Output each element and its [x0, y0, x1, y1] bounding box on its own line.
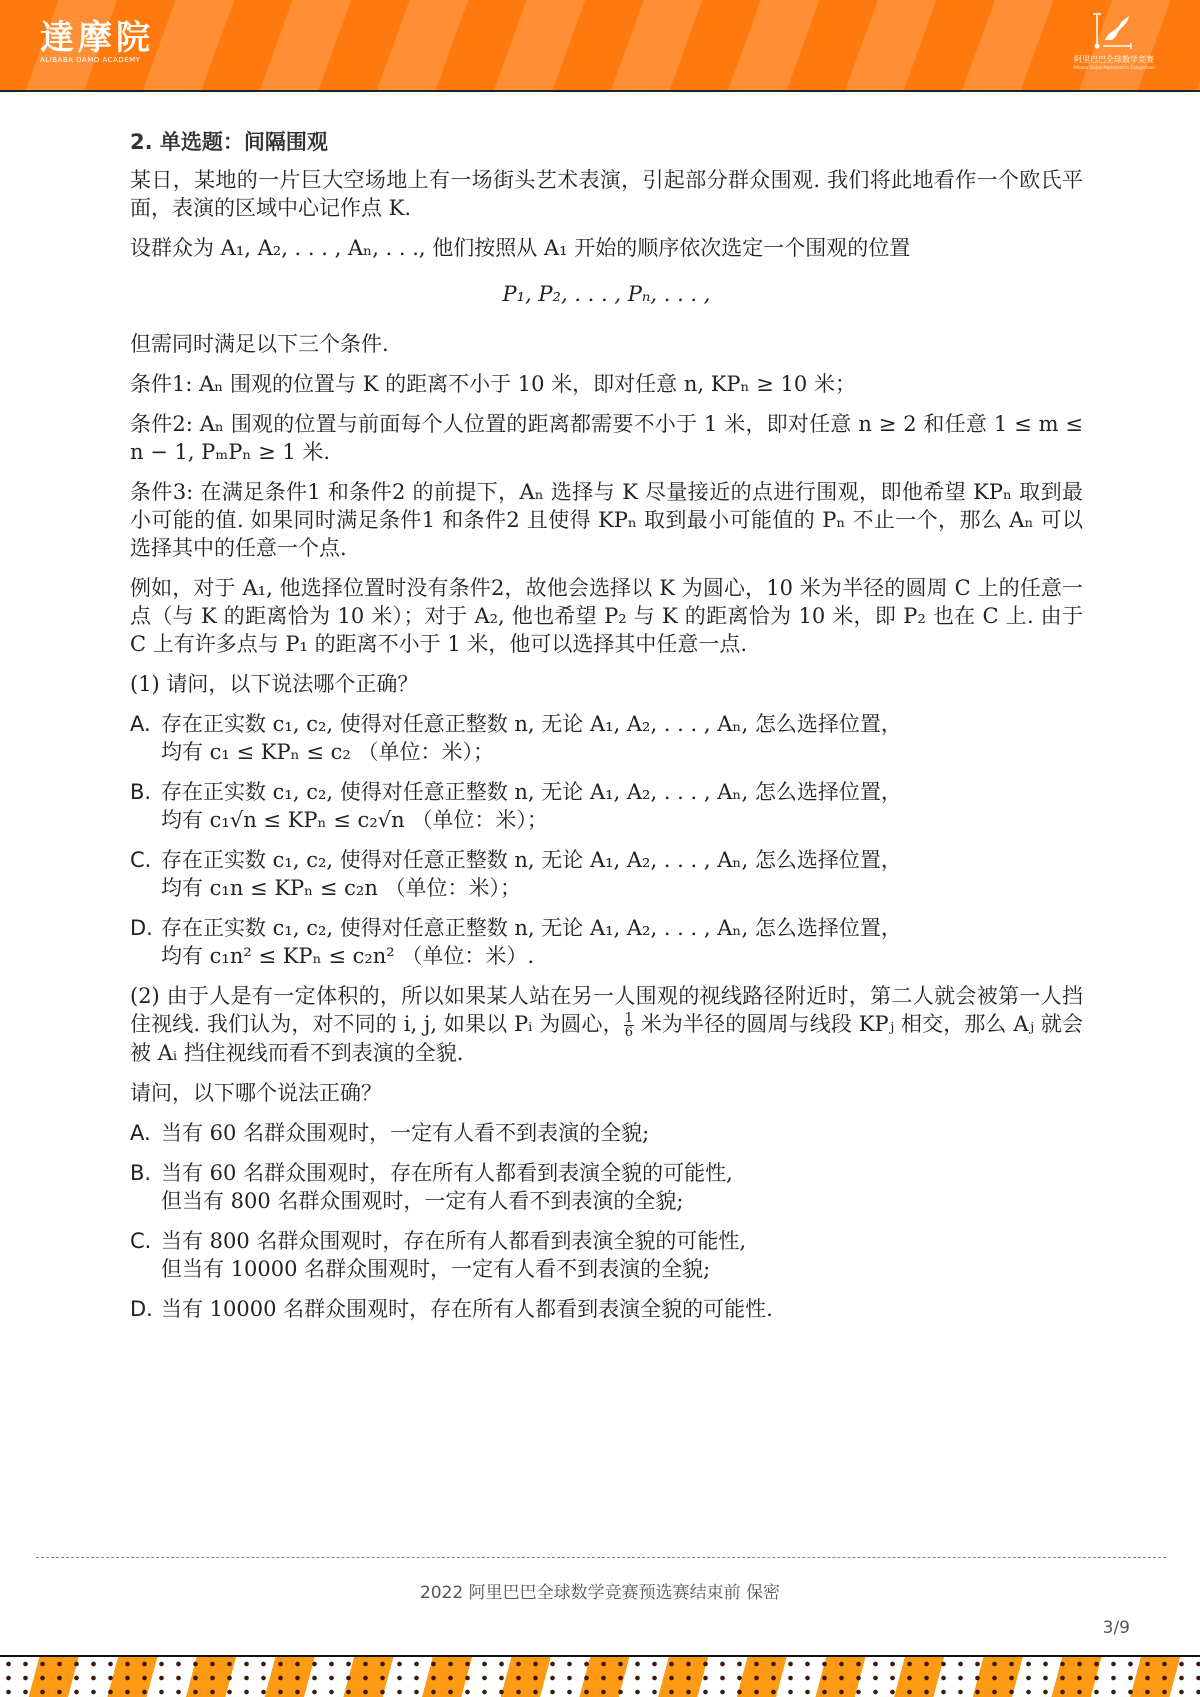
option-label: D.	[130, 1295, 161, 1323]
option-text-line2: 均有 c₁√n ≤ KPₙ ≤ c₂√n （单位：米）；	[161, 806, 1083, 834]
condition-3: 条件3: 在满足条件1 和条件2 的前提下，Aₙ 选择与 K 尽量接近的点进行围…	[130, 478, 1083, 562]
position-sequence: P₁, P₂, . . . , Pₙ, . . . ,	[130, 280, 1083, 308]
footer-divider	[36, 1557, 1166, 1558]
option-label: D.	[130, 914, 161, 970]
option-text-line1: 当有 10000 名群众围观时，存在所有人都看到表演全貌的可能性.	[161, 1295, 1083, 1323]
fraction-denominator: 6	[624, 1026, 634, 1039]
option-label: C.	[130, 846, 161, 902]
option-label: B.	[130, 778, 161, 834]
option-text-line1: 当有 60 名群众围观时，存在所有人都看到表演全貌的可能性,	[161, 1159, 1083, 1187]
option-text-line1: 存在正实数 c₁, c₂, 使得对任意正整数 n, 无论 A₁, A₂, . .…	[161, 710, 1083, 738]
part1-option-c: C. 存在正实数 c₁, c₂, 使得对任意正整数 n, 无论 A₁, A₂, …	[130, 846, 1083, 902]
option-text-line1: 当有 800 名群众围观时，存在所有人都看到表演全貌的可能性,	[161, 1227, 1083, 1255]
option-label: A.	[130, 710, 161, 766]
part1-option-a: A. 存在正实数 c₁, c₂, 使得对任意正整数 n, 无论 A₁, A₂, …	[130, 710, 1083, 766]
option-text-line2: 但当有 800 名群众围观时，一定有人看不到表演的全貌;	[161, 1187, 1083, 1215]
logo-chinese-text: 達摩院	[40, 18, 154, 58]
part2-option-c: C. 当有 800 名群众围观时，存在所有人都看到表演全貌的可能性,但当有 10…	[130, 1227, 1083, 1283]
part2-question: 请问，以下哪个说法正确？	[130, 1079, 1083, 1107]
example-paragraph: 例如，对于 A₁, 他选择位置时没有条件2，故他会选择以 K 为圆心，10 米为…	[130, 574, 1083, 658]
option-text-line1: 存在正实数 c₁, c₂, 使得对任意正整数 n, 无论 A₁, A₂, . .…	[161, 846, 1083, 874]
part2-option-b: B. 当有 60 名群众围观时，存在所有人都看到表演全貌的可能性,但当有 800…	[130, 1159, 1083, 1215]
option-text-line2: 均有 c₁ ≤ KPₙ ≤ c₂ （单位：米）；	[161, 738, 1083, 766]
option-text-line1: 存在正实数 c₁, c₂, 使得对任意正整数 n, 无论 A₁, A₂, . .…	[161, 778, 1083, 806]
condition-1: 条件1: Aₙ 围观的位置与 K 的距离不小于 10 米，即对任意 n, KPₙ…	[130, 370, 1083, 398]
option-label: A.	[130, 1119, 161, 1147]
option-text-line2: 均有 c₁n ≤ KPₙ ≤ c₂n （单位：米）；	[161, 874, 1083, 902]
part2-option-d: D. 当有 10000 名群众围观时，存在所有人都看到表演全貌的可能性.	[130, 1295, 1083, 1323]
competition-emblem-icon	[1091, 12, 1137, 52]
competition-logo-english: Alibaba Global Mathematics Competition	[1066, 65, 1162, 70]
part1-question: (1) 请问，以下说法哪个正确？	[130, 670, 1083, 698]
option-text-line2: 但当有 10000 名群众围观时，一定有人看不到表演的全貌;	[161, 1255, 1083, 1283]
problem-intro: 某日，某地的一片巨大空场地上有一场街头艺术表演，引起部分群众围观. 我们将此地看…	[130, 166, 1083, 222]
footer-pattern-band	[0, 1655, 1200, 1697]
page-number: 3/9	[1103, 1618, 1130, 1638]
condition-2: 条件2: Aₙ 围观的位置与前面每个人位置的距离都需要不小于 1 米，即对任意 …	[130, 410, 1083, 466]
option-label: C.	[130, 1227, 161, 1283]
competition-logo-chinese: 阿里巴巴全球数学竞赛	[1066, 54, 1162, 65]
problem-setup: 设群众为 A₁, A₂, . . . , Aₙ, . . ., 他们按照从 A₁…	[130, 234, 1083, 262]
competition-logo: 阿里巴巴全球数学竞赛 Alibaba Global Mathematics Co…	[1066, 12, 1162, 70]
fraction-numerator: 1	[624, 1012, 634, 1026]
option-text-line1: 存在正实数 c₁, c₂, 使得对任意正整数 n, 无论 A₁, A₂, . .…	[161, 914, 1083, 942]
option-text-line1: 当有 60 名群众围观时，一定有人看不到表演的全貌;	[161, 1119, 1083, 1147]
confidential-notice: 2022 阿里巴巴全球数学竞赛预选赛结束前 保密	[0, 1578, 1200, 1603]
logo-english-text: ALIBABA DAMO ACADEMY	[40, 56, 154, 64]
option-label: B.	[130, 1159, 161, 1215]
part2-option-a: A. 当有 60 名群众围观时，一定有人看不到表演的全貌;	[130, 1119, 1083, 1147]
problem-title: 2. 单选题：间隔围观	[130, 128, 1083, 156]
page-header: 達摩院 ALIBABA DAMO ACADEMY 阿里巴巴全球数学竞赛 Alib…	[0, 0, 1200, 92]
option-text-line2: 均有 c₁n² ≤ KPₙ ≤ c₂n² （单位：米）.	[161, 942, 1083, 970]
damo-academy-logo: 達摩院 ALIBABA DAMO ACADEMY	[40, 18, 154, 64]
fraction-one-sixth: 16	[624, 1012, 634, 1039]
part2-statement: (2) 由于人是有一定体积的，所以如果某人站在另一人围观的视线路径附近时，第二人…	[130, 982, 1083, 1067]
problem-content: 2. 单选题：间隔围观 某日，某地的一片巨大空场地上有一场街头艺术表演，引起部分…	[130, 128, 1083, 1335]
part1-option-d: D. 存在正实数 c₁, c₂, 使得对任意正整数 n, 无论 A₁, A₂, …	[130, 914, 1083, 970]
part1-option-b: B. 存在正实数 c₁, c₂, 使得对任意正整数 n, 无论 A₁, A₂, …	[130, 778, 1083, 834]
conditions-lead: 但需同时满足以下三个条件.	[130, 330, 1083, 358]
